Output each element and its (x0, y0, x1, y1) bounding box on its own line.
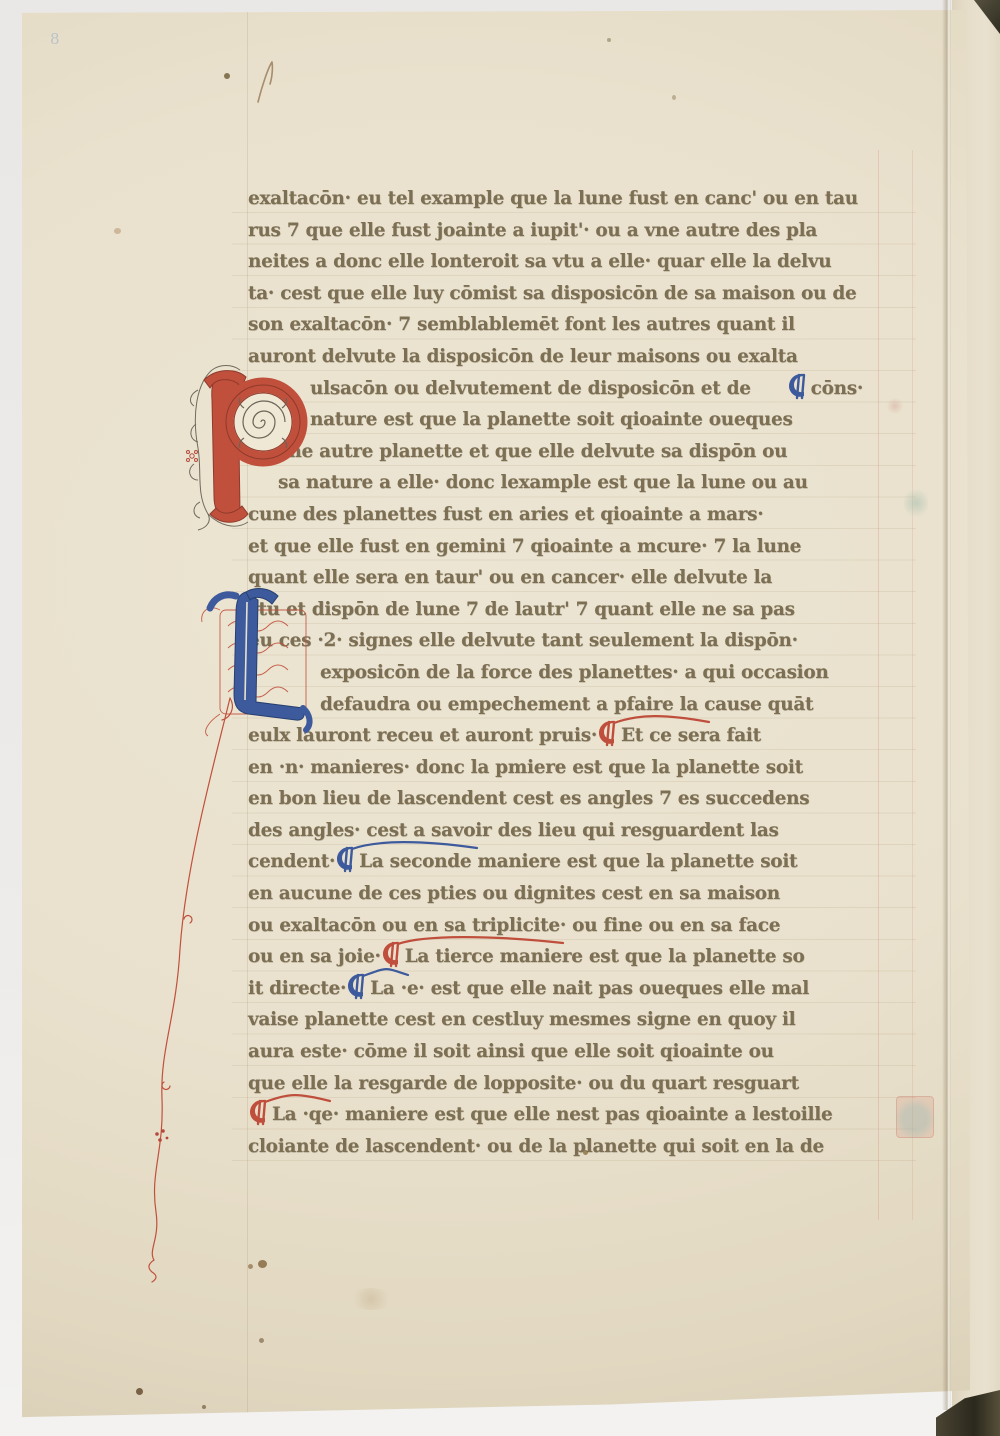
flourish-dots (155, 1129, 168, 1142)
illuminated-initial-p: P (186, 364, 308, 532)
line-text: rus 7 que elle fust joainte a iupit'· ou… (248, 220, 817, 241)
pilcrow-icon (789, 373, 806, 399)
line-text: exaltacōn· eu tel example que la lune fu… (248, 188, 858, 209)
text-line-6: auront delvute la disposicōn de leur mai… (248, 341, 920, 373)
line-text: cōns· (811, 378, 863, 399)
line-text: it directe· (248, 978, 346, 999)
red-pilcrow (381, 947, 405, 966)
line-text: et que elle fust en gemini 7 qioainte a … (248, 536, 801, 557)
text-line-24: ou exaltacōn ou en sa triplicite· ou fin… (248, 910, 920, 942)
text-line-20: en bon lieu de lascendent cest es angles… (248, 783, 920, 815)
line-text: La tierce maniere est que la planette so (405, 946, 805, 967)
line-text: ou en sa joie· (248, 946, 381, 967)
line-text: des angles· cest a savoir des lieu qui r… (248, 820, 779, 841)
text-line-12: et que elle fust en gemini 7 qioainte a … (248, 531, 920, 563)
line-text: nature est que la planette soit qioainte… (310, 409, 793, 430)
line-text: aura este· cōme il soit ainsi que elle s… (248, 1041, 774, 1062)
text-line-11: cune des planettes fust en aries et qioa… (248, 499, 920, 531)
folio-mark: 8 (50, 30, 60, 48)
text-line-17: defaudra ou empechement a pfaire la caus… (248, 689, 920, 721)
text-line-4: ta· cest que elle luy cōmist sa disposic… (248, 278, 920, 310)
text-block: exaltacōn· eu tel example que la lune fu… (248, 183, 920, 1162)
line-text: vaise planette cest en cestluy mesmes si… (248, 1009, 795, 1030)
penwork-flower (187, 451, 198, 462)
text-line-22: cendent· La seconde maniere est que la p… (248, 846, 920, 878)
line-text: auront delvute la disposicōn de leur mai… (248, 346, 798, 367)
line-text: cune des planettes fust en aries et qioa… (248, 504, 763, 525)
text-line-3: neites a donc elle lonteroit sa vtu a el… (248, 246, 920, 278)
pilcrow-icon (337, 846, 354, 872)
pilcrow-icon (599, 720, 616, 746)
line-text: La ·e· est que elle nait pas oueques ell… (370, 978, 809, 999)
line-text: quant elle sera en taur' ou en cancer· e… (248, 567, 772, 588)
manuscript-photo: 8 exaltacōn· eu tel example que la lune … (0, 0, 1000, 1436)
line-text: La seconde maniere est que la planette s… (359, 851, 797, 872)
line-text: La ·qe· maniere est que elle nest pas qi… (272, 1104, 832, 1125)
text-line-14: vtu et dispōn de lune 7 de lautr' 7 quan… (248, 594, 920, 626)
line-text: en aucune de ces pties ou dignites cest … (248, 883, 780, 904)
text-line-25: ou en sa joie· La tierce maniere est que… (248, 941, 920, 973)
blue-pilcrow (787, 379, 811, 398)
text-line-31: cloiante de lascendent· ou de la planett… (248, 1131, 920, 1163)
text-line-1: exaltacōn· eu tel example que la lune fu… (248, 183, 920, 215)
initial-p-letterform (204, 371, 300, 523)
text-line-28: aura este· cōme il soit ainsi que elle s… (248, 1036, 920, 1068)
line-text: ou exaltacōn ou en sa triplicite· ou fin… (248, 915, 780, 936)
line-text: sa nature a elle· donc lexample est que … (278, 472, 808, 493)
line-text: cloiante de lascendent· ou de la planett… (248, 1136, 824, 1157)
text-line-26: it directe· La ·e· est que elle nait pas… (248, 973, 920, 1005)
offset-stain (896, 1096, 934, 1138)
text-line-29: que elle la resgarde de lopposite· ou du… (248, 1068, 920, 1100)
line-text: exposicōn de la force des planettes· a q… (320, 662, 829, 683)
marginal-flourish (130, 694, 262, 1294)
line-text: que elle la resgarde de lopposite· ou du… (248, 1073, 799, 1094)
line-text: neites a donc elle lonteroit sa vtu a el… (248, 251, 831, 272)
blue-pilcrow (346, 979, 370, 998)
text-line-9: vne autre planette et que elle delvute s… (248, 436, 920, 468)
smudge-pink (886, 398, 904, 414)
text-line-2: rus 7 que elle fust joainte a iupit'· ou… (248, 215, 920, 247)
text-line-21: des angles· cest a savoir des lieu qui r… (248, 815, 920, 847)
text-line-13: quant elle sera en taur' ou en cancer· e… (248, 562, 920, 594)
page-edge-crease (942, 0, 951, 1410)
text-line-27: vaise planette cest en cestluy mesmes si… (248, 1004, 920, 1036)
line-text: ta· cest que elle luy cōmist sa disposic… (248, 283, 856, 304)
line-gap (751, 393, 787, 394)
pilcrow-icon (348, 973, 365, 999)
line-text: vne autre planette et que elle delvute s… (278, 441, 787, 462)
text-line-8: nature est que la planette soit qioainte… (248, 404, 920, 436)
line-text: en bon lieu de lascendent cest es angles… (248, 788, 809, 809)
text-line-15: eu ces ·2· signes elle delvute tant seul… (248, 625, 920, 657)
smudge-green (904, 486, 928, 520)
text-line-30: La ·qe· maniere est que elle nest pas qi… (248, 1099, 920, 1131)
line-text: Et ce sera fait (621, 725, 761, 746)
text-line-5: son exaltacōn· 7 semblablemēt font les a… (248, 309, 920, 341)
line-text: ulsacōn ou delvutement de disposicōn et … (310, 378, 751, 399)
pen-trial-mark (252, 58, 282, 108)
text-line-19: en ·n· manieres· donc la pmiere est que … (248, 752, 920, 784)
pilcrow-icon (383, 941, 400, 967)
line-text: defaudra ou empechement a pfaire la caus… (320, 694, 813, 715)
text-line-18: eulx lauront receu et auront pruis· Et c… (248, 720, 920, 752)
blue-pilcrow (335, 852, 359, 871)
line-text: eu ces ·2· signes elle delvute tant seul… (248, 630, 798, 651)
line-text: vtu et dispōn de lune 7 de lautr' 7 quan… (248, 599, 795, 620)
text-line-23: en aucune de ces pties ou dignites cest … (248, 878, 920, 910)
red-pilcrow (597, 726, 621, 745)
line-text: son exaltacōn· 7 semblablemēt font les a… (248, 314, 795, 335)
text-line-7: ulsacōn ou delvutement de disposicōn et … (248, 373, 920, 405)
line-text: en ·n· manieres· donc la pmiere est que … (248, 757, 803, 778)
text-line-16: exposicōn de la force des planettes· a q… (248, 657, 920, 689)
text-line-10: sa nature a elle· donc lexample est que … (248, 467, 920, 499)
